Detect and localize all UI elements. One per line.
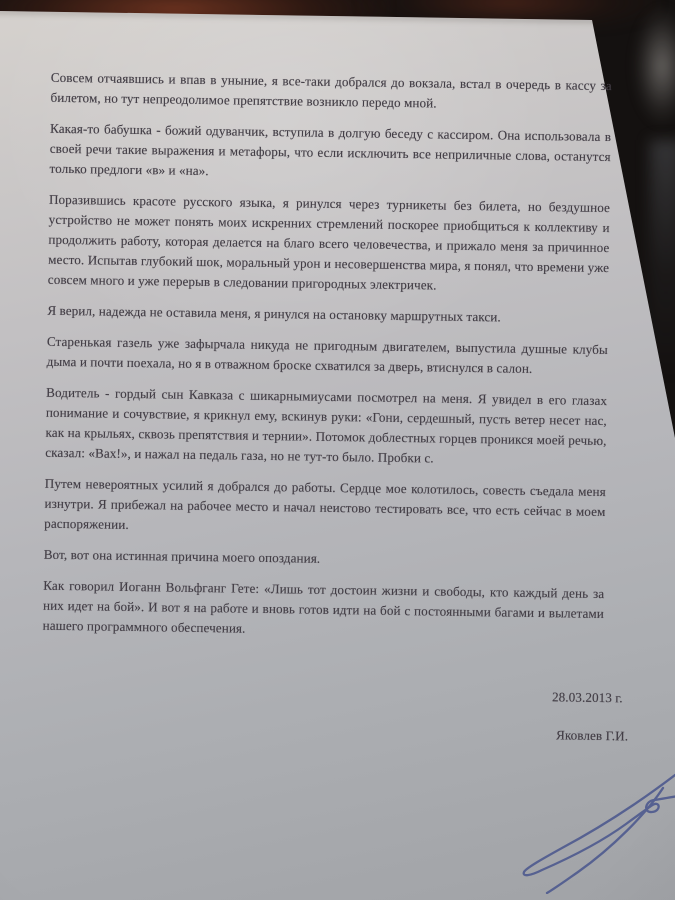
- paragraph-1: Совсем отчаявшись и впав в уныние, я все…: [50, 68, 612, 116]
- letter-body: Совсем отчаявшись и впав в уныние, я все…: [0, 0, 675, 747]
- letter-date: 28.03.2013 г.: [42, 680, 623, 709]
- paragraph-4: Я верил, надежда не оставила меня, я рин…: [47, 301, 608, 329]
- signature-crossing-stroke: [547, 788, 663, 893]
- paragraph-3: Поразившись красоте русского языка, я ри…: [48, 190, 610, 298]
- document-photo: Совсем отчаявшись и впав в уныние, я все…: [0, 0, 675, 900]
- handwritten-signature: [500, 726, 675, 894]
- paragraph-7: Путем невероятных усилий я добрался до р…: [44, 474, 606, 542]
- signature-main-loop: [524, 772, 675, 875]
- paragraph-6: Водитель - гордый сын Кавказа с шикарным…: [45, 383, 607, 471]
- paragraph-9: Как говорил Иоганн Вольфганг Гете: «Лишь…: [43, 576, 605, 644]
- paragraph-2: Какая-то бабушка - божий одуванчик, всту…: [49, 119, 611, 187]
- paragraph-5: Старенькая газель уже зафырчала никуда н…: [46, 332, 608, 380]
- paragraph-8: Вот, вот она истинная причина моего опоз…: [44, 545, 605, 573]
